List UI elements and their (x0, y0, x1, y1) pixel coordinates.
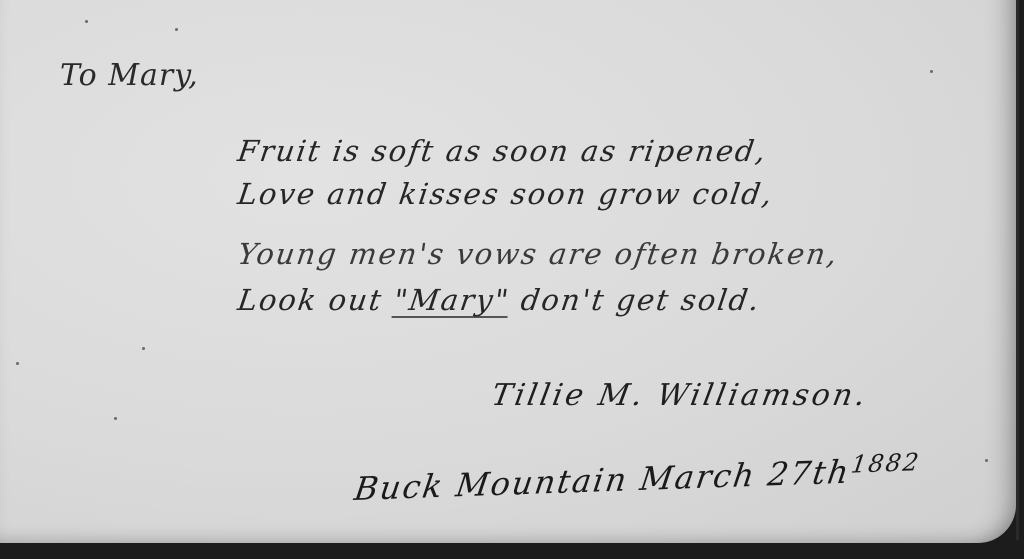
date: March 27th (638, 452, 853, 498)
poem-line-3: Young men's vows are often broken, (236, 237, 841, 271)
signature: Tillie M. Williamson. (489, 378, 871, 413)
paper-speck (985, 459, 988, 462)
paper-speck (175, 28, 178, 31)
place: Buck Mountain (352, 460, 631, 508)
place-and-date: Buck Mountain March 27th1882 (352, 448, 922, 508)
poem-line-4-start: Look out (236, 283, 386, 317)
paper-speck (930, 70, 933, 73)
paper-speck (16, 362, 19, 365)
paper-speck (85, 20, 88, 23)
salutation: To Mary, (60, 58, 199, 93)
poem-line-4: Look out "Mary" don't get sold. (236, 283, 763, 317)
year: 1882 (849, 448, 922, 479)
paper-speck (142, 347, 145, 350)
poem-line-4-end: don't get sold. (519, 283, 763, 317)
book-edge (1016, 0, 1019, 540)
poem-line-1: Fruit is soft as soon as ripened, (236, 134, 770, 168)
album-scan: To Mary, Fruit is soft as soon as ripene… (0, 0, 1024, 559)
quoted-name: "Mary" (392, 283, 513, 317)
poem-line-2: Love and kisses soon grow cold, (236, 177, 776, 211)
album-page: To Mary, Fruit is soft as soon as ripene… (0, 0, 1016, 543)
paper-speck (114, 417, 117, 420)
